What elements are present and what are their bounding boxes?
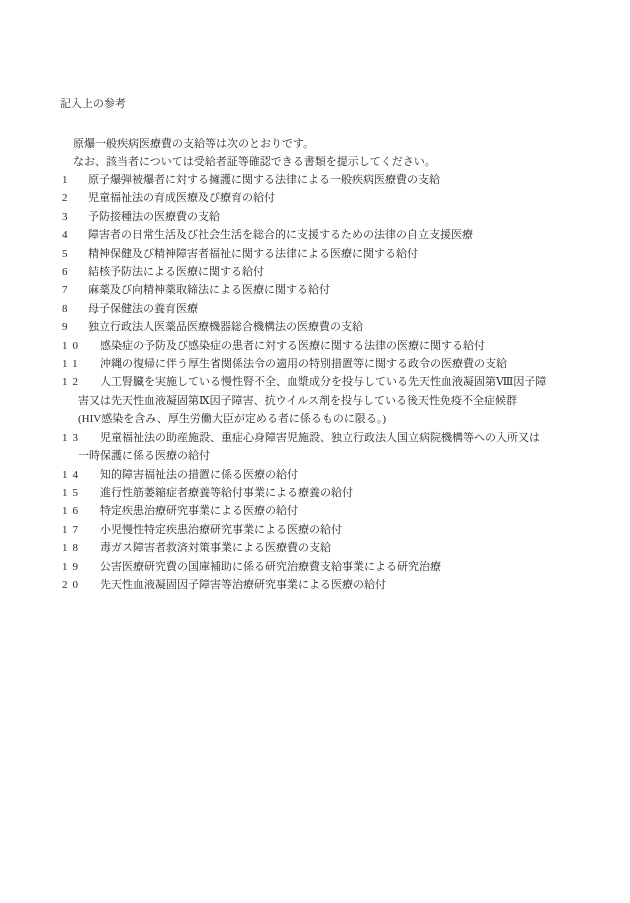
item-number: 12 bbox=[62, 373, 100, 391]
item-number: 1 bbox=[62, 171, 88, 189]
item-first-line: 16特定疾患治療研究事業による医療の給付 bbox=[62, 502, 600, 520]
list-item: 17小児慢性特定疾患治療研究事業による医療の給付 bbox=[62, 521, 600, 539]
list-item: 9独立行政法人医薬品医療機器総合機構法の医療費の支給 bbox=[62, 318, 600, 336]
item-first-line: 10感染症の予防及び感染症の患者に対する医療に関する法律の医療に関する給付 bbox=[62, 337, 600, 355]
item-text: 独立行政法人医薬品医療機器総合機構法の医療費の支給 bbox=[88, 321, 363, 333]
list-item: 8母子保健法の養育医療 bbox=[62, 300, 600, 318]
item-text: 児童福祉法の育成医療及び療育の給付 bbox=[88, 192, 275, 204]
item-first-line: 18毒ガス障害者救済対策事業による医療費の支給 bbox=[62, 539, 600, 557]
list-item: 4障害者の日常生活及び社会生活を総合的に支援するための法律の自立支援医療 bbox=[62, 226, 600, 244]
item-first-line: 1原子爆弾被爆者に対する擁護に関する法律による一般疾病医療費の支給 bbox=[62, 171, 600, 189]
item-first-line: 14知的障害福祉法の措置に係る医療の給付 bbox=[62, 466, 600, 484]
item-text: 結核予防法による医療に関する給付 bbox=[88, 266, 264, 278]
item-first-line: 3予防接種法の医療費の支給 bbox=[62, 208, 600, 226]
item-text: 毒ガス障害者救済対策事業による医療費の支給 bbox=[100, 542, 331, 554]
item-first-line: 13児童福祉法の助産施設、重症心身障害児施設、独立行政法人国立病院機構等への入所… bbox=[62, 429, 600, 447]
item-first-line: 17小児慢性特定疾患治療研究事業による医療の給付 bbox=[62, 521, 600, 539]
item-first-line: 12人工腎臓を実施している慢性腎不全、血漿成分を投与している先天性血液凝固第Ⅷ因… bbox=[62, 373, 600, 391]
item-first-line: 9独立行政法人医薬品医療機器総合機構法の医療費の支給 bbox=[62, 318, 600, 336]
list-item: 3予防接種法の医療費の支給 bbox=[62, 208, 600, 226]
item-first-line: 4障害者の日常生活及び社会生活を総合的に支援するための法律の自立支援医療 bbox=[62, 226, 600, 244]
intro-line: 原爆一般疾病医療費の支給等は次のとおりです。 bbox=[73, 135, 436, 153]
list-item: 11沖縄の復帰に伴う厚生省関係法令の適用の特別措置等に関する政令の医療費の支給 bbox=[62, 355, 600, 373]
item-continuation-line: 害又は先天性血液凝固第Ⅸ因子障害、抗ウイルス剤を投与している後天性免疫不全症候群 bbox=[78, 392, 600, 410]
item-text: 障害者の日常生活及び社会生活を総合的に支援するための法律の自立支援医療 bbox=[88, 229, 473, 241]
item-number: 15 bbox=[62, 484, 100, 502]
item-text: 人工腎臓を実施している慢性腎不全、血漿成分を投与している先天性血液凝固第Ⅷ因子障 bbox=[100, 376, 546, 388]
item-number: 16 bbox=[62, 502, 100, 520]
item-text: 進行性筋萎縮症者療養等給付事業による療養の給付 bbox=[100, 487, 353, 499]
item-number: 4 bbox=[62, 226, 88, 244]
item-text: 知的障害福祉法の措置に係る医療の給付 bbox=[100, 469, 298, 481]
item-text: 原子爆弾被爆者に対する擁護に関する法律による一般疾病医療費の支給 bbox=[88, 174, 440, 186]
item-first-line: 15進行性筋萎縮症者療養等給付事業による療養の給付 bbox=[62, 484, 600, 502]
item-text: 公害医療研究費の国庫補助に係る研究治療費支給事業による研究治療 bbox=[100, 561, 441, 573]
item-number: 14 bbox=[62, 466, 100, 484]
item-first-line: 8母子保健法の養育医療 bbox=[62, 300, 600, 318]
item-first-line: 7麻薬及び向精神薬取締法による医療に関する給付 bbox=[62, 281, 600, 299]
item-text: 母子保健法の養育医療 bbox=[88, 303, 198, 315]
item-text: 特定疾患治療研究事業による医療の給付 bbox=[100, 505, 298, 517]
list-item: 1原子爆弾被爆者に対する擁護に関する法律による一般疾病医療費の支給 bbox=[62, 171, 600, 189]
item-number: 7 bbox=[62, 281, 88, 299]
list-item: 20先天性血液凝固因子障害等治療研究事業による医療の給付 bbox=[62, 576, 600, 594]
item-number: 3 bbox=[62, 208, 88, 226]
list-item: 16特定疾患治療研究事業による医療の給付 bbox=[62, 502, 600, 520]
item-text: 麻薬及び向精神薬取締法による医療に関する給付 bbox=[88, 284, 330, 296]
item-number: 18 bbox=[62, 539, 100, 557]
list-item: 10感染症の予防及び感染症の患者に対する医療に関する法律の医療に関する給付 bbox=[62, 337, 600, 355]
item-text: 児童福祉法の助産施設、重症心身障害児施設、独立行政法人国立病院機構等への入所又は bbox=[100, 432, 540, 444]
list-item: 7麻薬及び向精神薬取締法による医療に関する給付 bbox=[62, 281, 600, 299]
document-page: 記入上の参考 原爆一般疾病医療費の支給等は次のとおりです。なお、該当者については… bbox=[0, 0, 630, 903]
item-text: 予防接種法の医療費の支給 bbox=[88, 211, 220, 223]
item-text: 感染症の予防及び感染症の患者に対する医療に関する法律の医療に関する給付 bbox=[100, 340, 485, 352]
item-list: 1原子爆弾被爆者に対する擁護に関する法律による一般疾病医療費の支給2児童福祉法の… bbox=[62, 171, 600, 594]
list-item: 19公害医療研究費の国庫補助に係る研究治療費支給事業による研究治療 bbox=[62, 558, 600, 576]
intro-line: なお、該当者については受給者証等確認できる書類を提示してください。 bbox=[73, 153, 436, 171]
list-item: 5精神保健及び精神障害者福祉に関する法律による医療に関する給付 bbox=[62, 245, 600, 263]
item-continuation-line: 一時保護に係る医療の給付 bbox=[78, 447, 600, 465]
list-item: 6結核予防法による医療に関する給付 bbox=[62, 263, 600, 281]
intro-paragraph: 原爆一般疾病医療費の支給等は次のとおりです。なお、該当者については受給者証等確認… bbox=[73, 135, 436, 172]
item-text: 沖縄の復帰に伴う厚生省関係法令の適用の特別措置等に関する政令の医療費の支給 bbox=[100, 358, 507, 370]
item-continuation-line: (HIV感染を含み、厚生労働大臣が定める者に係るものに限る。) bbox=[78, 410, 600, 428]
item-text: 先天性血液凝固因子障害等治療研究事業による医療の給付 bbox=[100, 579, 386, 591]
item-number: 6 bbox=[62, 263, 88, 281]
item-number: 5 bbox=[62, 245, 88, 263]
item-number: 20 bbox=[62, 576, 100, 594]
item-number: 8 bbox=[62, 300, 88, 318]
item-number: 17 bbox=[62, 521, 100, 539]
item-first-line: 5精神保健及び精神障害者福祉に関する法律による医療に関する給付 bbox=[62, 245, 600, 263]
list-item: 18毒ガス障害者救済対策事業による医療費の支給 bbox=[62, 539, 600, 557]
item-text: 小児慢性特定疾患治療研究事業による医療の給付 bbox=[100, 524, 342, 536]
item-number: 11 bbox=[62, 355, 100, 373]
item-text: 精神保健及び精神障害者福祉に関する法律による医療に関する給付 bbox=[88, 248, 418, 260]
item-first-line: 19公害医療研究費の国庫補助に係る研究治療費支給事業による研究治療 bbox=[62, 558, 600, 576]
item-number: 19 bbox=[62, 558, 100, 576]
list-item: 2児童福祉法の育成医療及び療育の給付 bbox=[62, 189, 600, 207]
list-item: 14知的障害福祉法の措置に係る医療の給付 bbox=[62, 466, 600, 484]
list-item: 15進行性筋萎縮症者療養等給付事業による療養の給付 bbox=[62, 484, 600, 502]
page-title: 記入上の参考 bbox=[60, 95, 126, 113]
list-item: 12人工腎臓を実施している慢性腎不全、血漿成分を投与している先天性血液凝固第Ⅷ因… bbox=[62, 373, 600, 428]
item-number: 2 bbox=[62, 189, 88, 207]
list-item: 13児童福祉法の助産施設、重症心身障害児施設、独立行政法人国立病院機構等への入所… bbox=[62, 429, 600, 466]
item-number: 13 bbox=[62, 429, 100, 447]
item-first-line: 6結核予防法による医療に関する給付 bbox=[62, 263, 600, 281]
item-first-line: 20先天性血液凝固因子障害等治療研究事業による医療の給付 bbox=[62, 576, 600, 594]
item-first-line: 11沖縄の復帰に伴う厚生省関係法令の適用の特別措置等に関する政令の医療費の支給 bbox=[62, 355, 600, 373]
item-number: 9 bbox=[62, 318, 88, 336]
item-first-line: 2児童福祉法の育成医療及び療育の給付 bbox=[62, 189, 600, 207]
item-number: 10 bbox=[62, 337, 100, 355]
